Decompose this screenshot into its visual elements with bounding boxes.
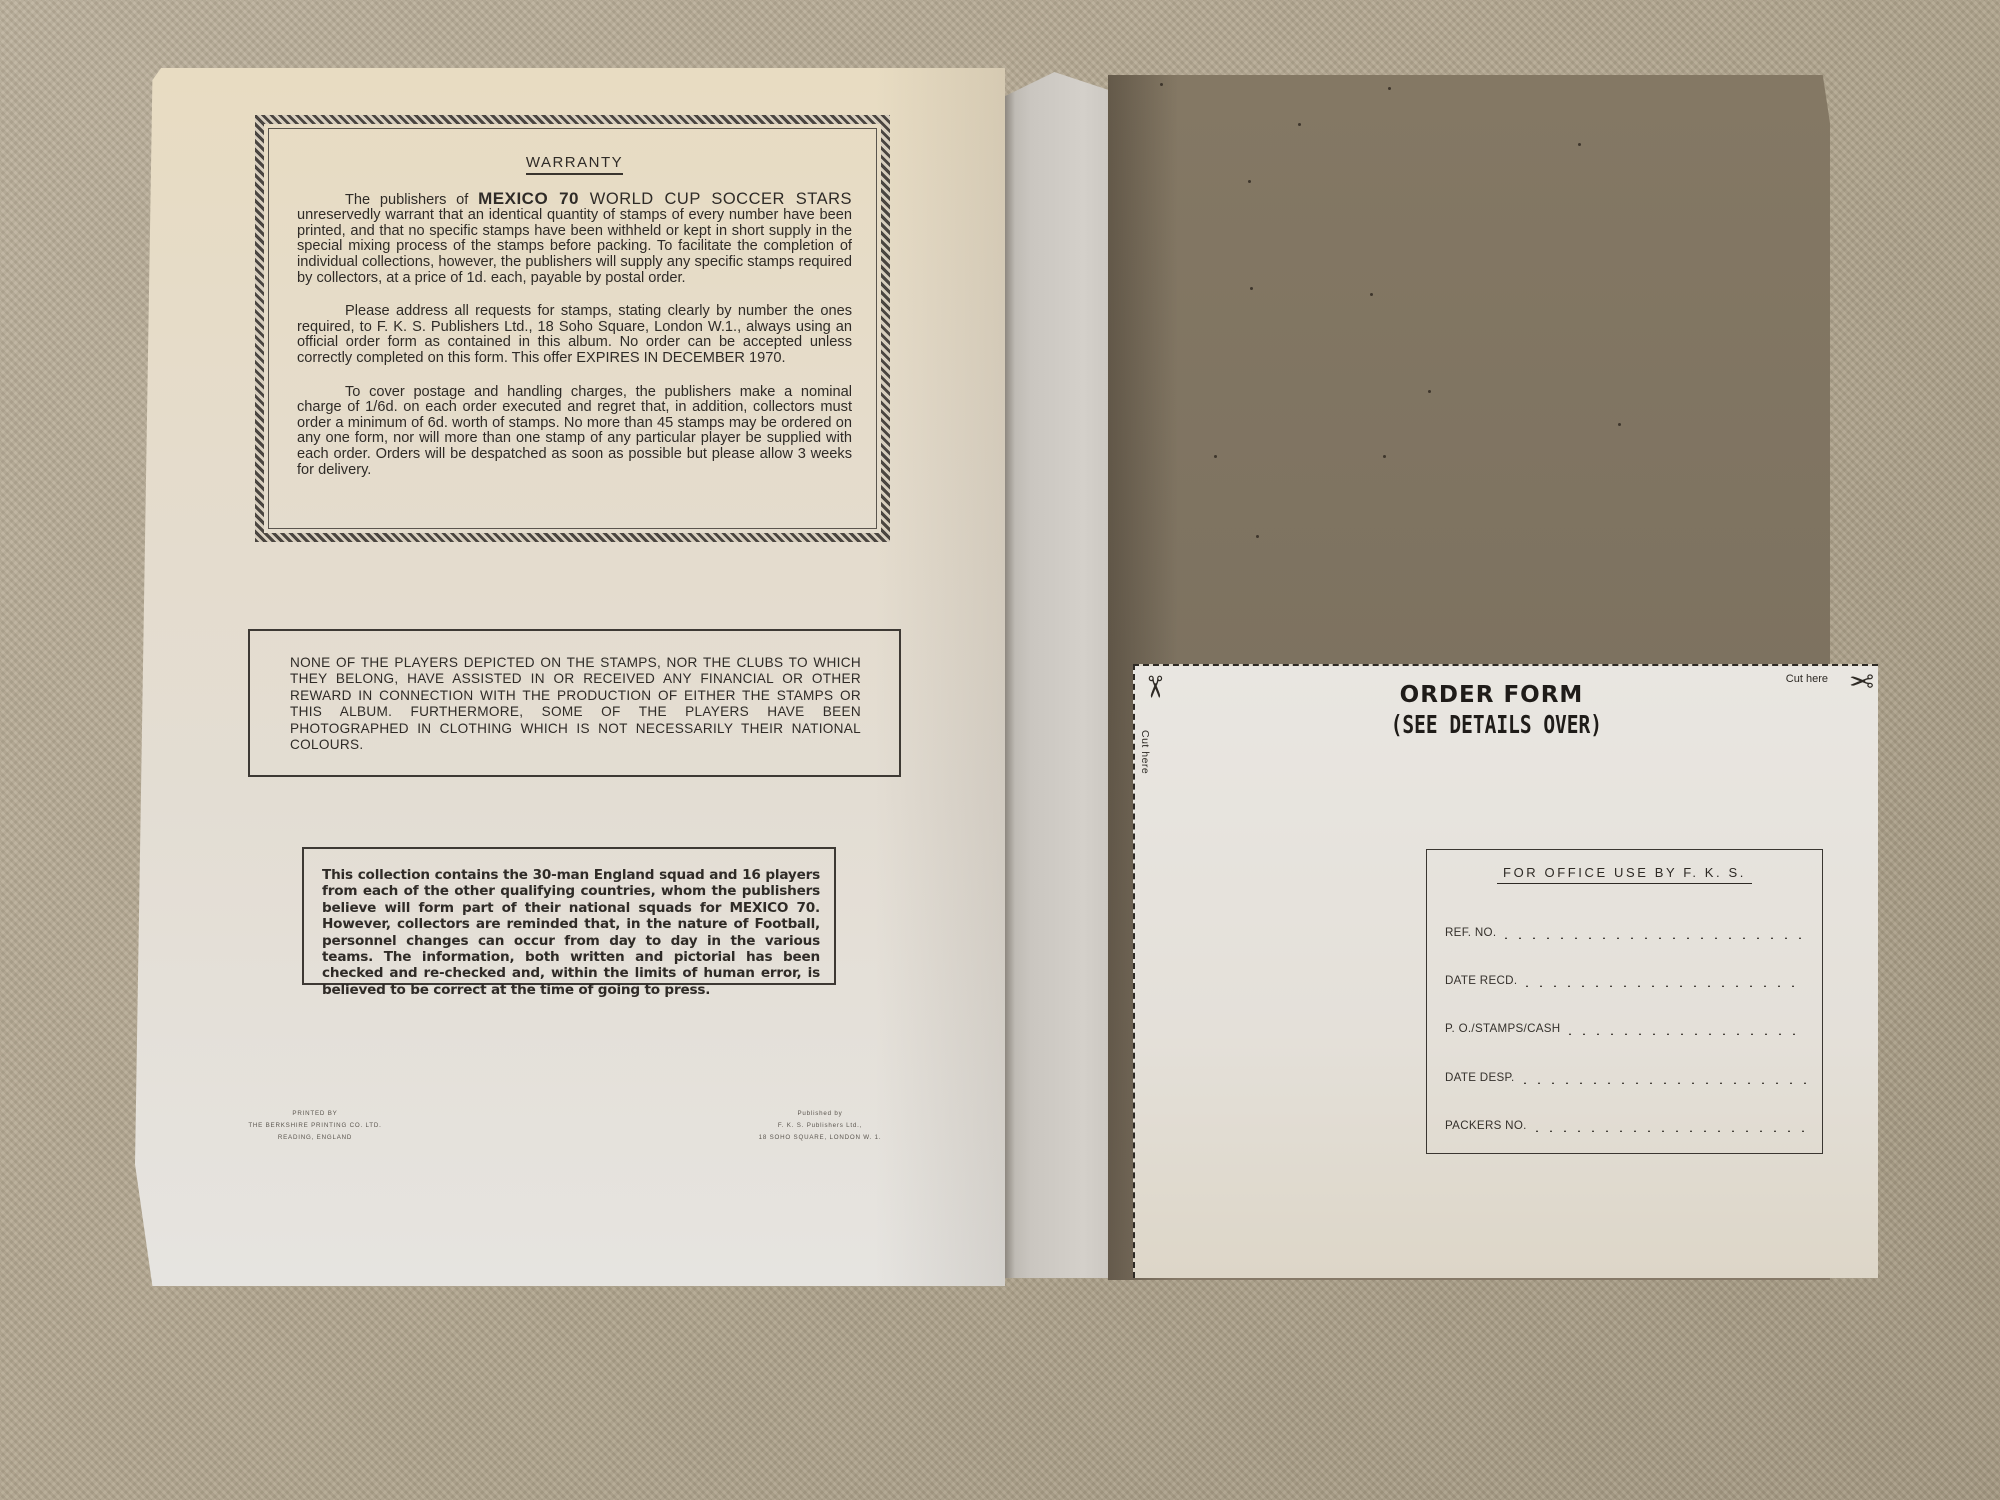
printer-imprint-line: THE BERKSHIRE PRINTING CO. LTD. bbox=[225, 1120, 405, 1132]
dotted-entry-line[interactable] bbox=[1530, 1130, 1806, 1132]
dotted-entry-line[interactable] bbox=[1499, 937, 1806, 939]
printer-imprint-line: PRINTED BY bbox=[225, 1108, 405, 1120]
paper-speck bbox=[1388, 87, 1391, 90]
field-ref-no[interactable]: REF. NO. bbox=[1445, 926, 1806, 942]
dotted-entry-line[interactable] bbox=[1563, 1033, 1806, 1035]
field-date-recd[interactable]: DATE RECD. bbox=[1445, 974, 1806, 990]
paper-speck bbox=[1298, 123, 1301, 126]
brand-name: MEXICO 70 bbox=[478, 189, 579, 208]
warranty-content: WARRANTY The publishers of MEXICO 70 WOR… bbox=[268, 128, 877, 529]
warranty-paragraph-3: To cover postage and handling charges, t… bbox=[297, 385, 852, 479]
warranty-title: WARRANTY bbox=[526, 154, 623, 175]
publisher-imprint-line: Published by bbox=[720, 1108, 920, 1120]
office-use-panel: FOR OFFICE USE BY F. K. S. REF. NO. DATE… bbox=[1426, 849, 1823, 1154]
publisher-imprint-line: 18 SOHO SQUARE, LONDON W. 1. bbox=[720, 1132, 920, 1144]
warranty-body: unreservedly warrant that an identical q… bbox=[297, 207, 852, 285]
printer-imprint: PRINTED BY THE BERKSHIRE PRINTING CO. LT… bbox=[225, 1108, 405, 1144]
order-form-coupon: ✂ Cut here Cut here ✂ ORDER FORM (SEE DE… bbox=[1133, 664, 1878, 1278]
field-payment-method[interactable]: P. O./STAMPS/CASH bbox=[1445, 1022, 1806, 1038]
field-label: PACKERS NO. bbox=[1445, 1119, 1527, 1132]
paper-speck bbox=[1248, 180, 1251, 183]
warranty-heading: WARRANTY bbox=[297, 155, 852, 171]
paper-speck bbox=[1370, 293, 1373, 296]
dotted-entry-line[interactable] bbox=[1518, 1082, 1806, 1084]
field-label: DATE DESP. bbox=[1445, 1071, 1515, 1084]
office-use-heading: FOR OFFICE USE BY F. K. S. bbox=[1427, 865, 1822, 880]
publisher-imprint-line: F. K. S. Publishers Ltd., bbox=[720, 1120, 920, 1132]
warranty-paragraph-2: Please address all requests for stamps, … bbox=[297, 304, 852, 366]
players-disclaimer: NONE OF THE PLAYERS DEPICTED ON THE STAM… bbox=[248, 629, 901, 777]
dotted-entry-line[interactable] bbox=[1520, 985, 1806, 987]
paper-speck bbox=[1618, 423, 1621, 426]
warranty-paragraph-1: The publishers of MEXICO 70 WORLD CUP SO… bbox=[297, 191, 852, 287]
paper-speck bbox=[1428, 390, 1431, 393]
field-label: P. O./STAMPS/CASH bbox=[1445, 1022, 1560, 1035]
brand-name-rest: WORLD CUP SOCCER STARS bbox=[579, 190, 852, 208]
field-date-desp[interactable]: DATE DESP. bbox=[1445, 1071, 1806, 1087]
paper-speck bbox=[1383, 455, 1386, 458]
cut-here-label-left: Cut here bbox=[1139, 730, 1151, 774]
album-back-page: WARRANTY The publishers of MEXICO 70 WOR… bbox=[135, 68, 1005, 1286]
paper-speck bbox=[1160, 83, 1163, 86]
field-label: REF. NO. bbox=[1445, 926, 1496, 939]
order-form-subtitle: (SEE DETAILS OVER) bbox=[1217, 710, 1797, 739]
field-label: DATE RECD. bbox=[1445, 974, 1517, 987]
paper-speck bbox=[1250, 287, 1253, 290]
paper-speck bbox=[1256, 535, 1259, 538]
order-form-title: ORDER FORM bbox=[1135, 682, 1878, 708]
office-use-title: FOR OFFICE USE BY F. K. S. bbox=[1497, 865, 1752, 884]
publisher-imprint: Published by F. K. S. Publishers Ltd., 1… bbox=[720, 1108, 920, 1144]
warranty-lead: The publishers of bbox=[345, 192, 478, 208]
printer-imprint-line: READING, ENGLAND bbox=[225, 1132, 405, 1144]
warranty-panel: WARRANTY The publishers of MEXICO 70 WOR… bbox=[255, 115, 890, 542]
paper-speck bbox=[1214, 455, 1217, 458]
paper-speck bbox=[1578, 143, 1581, 146]
field-packers-no[interactable]: PACKERS NO. bbox=[1445, 1119, 1806, 1135]
collection-note: This collection contains the 30-man Engl… bbox=[302, 847, 836, 985]
